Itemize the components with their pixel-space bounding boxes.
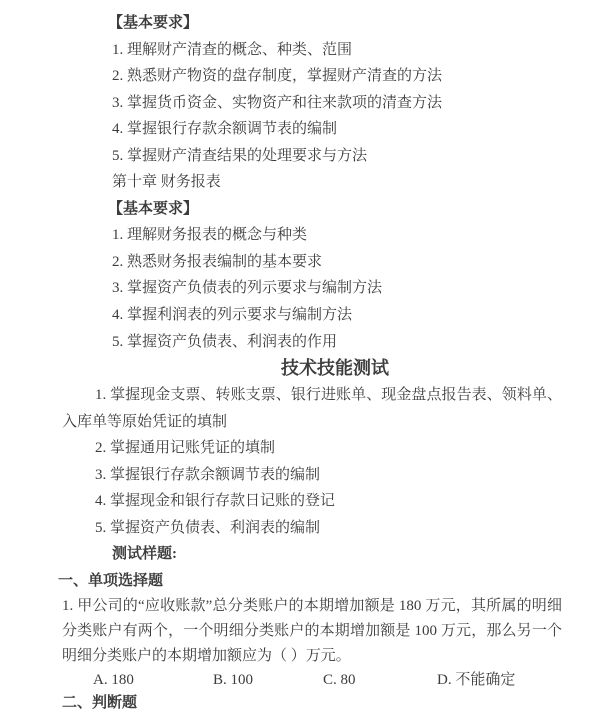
document-content: 【基本要求】 1. 理解财产清查的概念、种类、范围 2. 熟悉财产物资的盘存制度… bbox=[0, 0, 602, 716]
syllabus-item: 2. 熟悉财产物资的盘存制度，掌握财产清查的方法 bbox=[62, 63, 562, 90]
skill-item: 4. 掌握现金和银行存款日记账的登记 bbox=[62, 488, 562, 515]
single-choice-heading: 一、单项选择题 bbox=[58, 568, 562, 595]
requirements-heading-ch9: 【基本要求】 bbox=[62, 10, 562, 37]
skills-test-title: 技术技能测试 bbox=[62, 355, 562, 382]
option-a: A. 180 bbox=[93, 669, 134, 693]
syllabus-item: 2. 熟悉财务报表编制的基本要求 bbox=[62, 249, 562, 276]
document-page: 【基本要求】 1. 理解财产清查的概念、种类、范围 2. 熟悉财产物资的盘存制度… bbox=[0, 0, 602, 716]
syllabus-item: 1. 理解财产清查的概念、种类、范围 bbox=[62, 37, 562, 64]
option-b: B. 100 bbox=[213, 669, 253, 693]
option-c: C. 80 bbox=[323, 669, 356, 693]
skill-item: 2. 掌握通用记账凭证的填制 bbox=[62, 435, 562, 462]
option-d: D. 不能确定 bbox=[437, 669, 515, 693]
chapter-title: 第十章 财务报表 bbox=[62, 169, 562, 196]
syllabus-item: 4. 掌握利润表的列示要求与编制方法 bbox=[62, 302, 562, 329]
syllabus-item: 4. 掌握银行存款余额调节表的编制 bbox=[62, 116, 562, 143]
skill-item: 1. 掌握现金支票、转账支票、银行进账单、现金盘点报告表、领料单、入库单等原始凭… bbox=[62, 382, 562, 435]
syllabus-item: 1. 理解财务报表的概念与种类 bbox=[62, 222, 562, 249]
syllabus-item: 5. 掌握财产清查结果的处理要求与方法 bbox=[62, 143, 562, 170]
true-false-heading: 二、判断题 bbox=[62, 692, 562, 716]
requirements-heading-ch10: 【基本要求】 bbox=[62, 196, 562, 223]
syllabus-item: 3. 掌握货币资金、实物资产和往来款项的清查方法 bbox=[62, 90, 562, 117]
options-row: A. 180 B. 100 C. 80 D. 不能确定 bbox=[62, 669, 562, 693]
question-text: 1. 甲公司的“应收账款”总分类账户的本期增加额是 180 万元，其所属的明细分… bbox=[62, 594, 562, 668]
syllabus-item: 5. 掌握资产负债表、利润表的作用 bbox=[62, 329, 562, 356]
sample-questions-heading: 测试样题: bbox=[62, 541, 562, 568]
skill-item: 3. 掌握银行存款余额调节表的编制 bbox=[62, 462, 562, 489]
skill-item: 5. 掌握资产负债表、利润表的编制 bbox=[62, 515, 562, 542]
syllabus-item: 3. 掌握资产负债表的列示要求与编制方法 bbox=[62, 275, 562, 302]
